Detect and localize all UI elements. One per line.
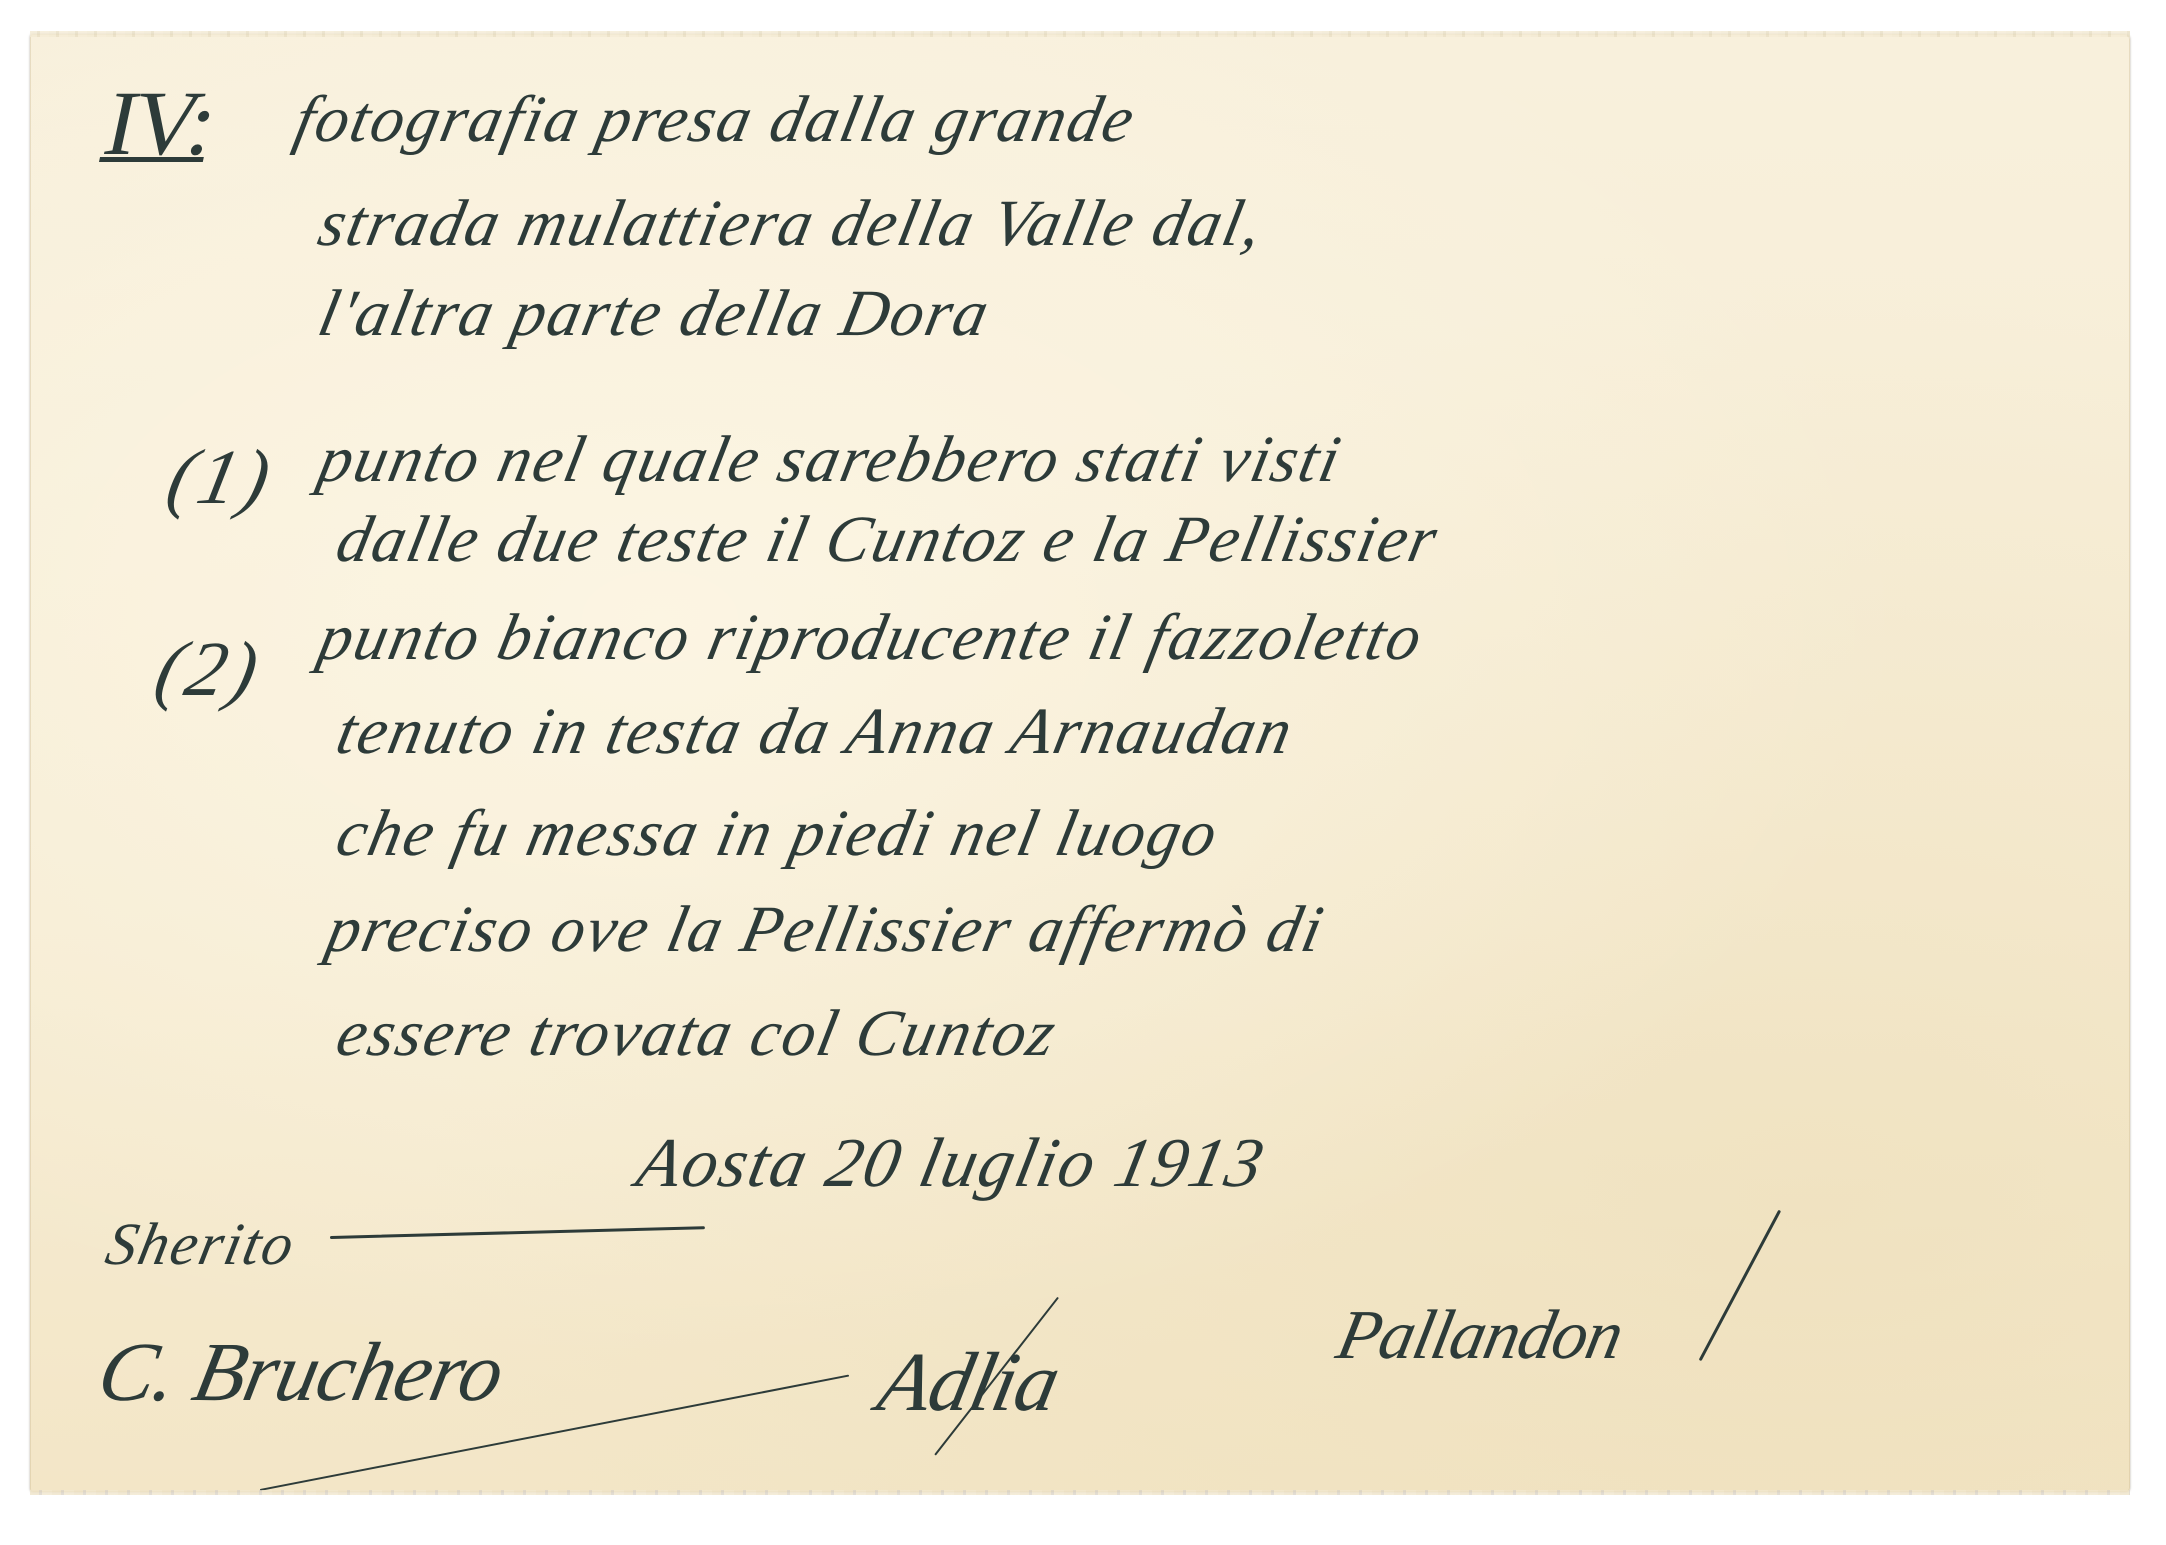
signature-3: Pallandon [1330,1296,1630,1376]
signature-1: C. Bruchero [90,1324,512,1421]
place-date: Aosta 20 luglio 1913 [630,1124,1272,1204]
note-1-line-1: punto nel quale sarebbero stati visti [312,422,1349,498]
note-1-line-2-text: dalle due teste il Cuntoz e la Pellissie… [330,503,1445,576]
note-2-line-3: che fu messa in piedi nel luogo [330,796,1226,872]
note-2-line-1: punto bianco riproducente il fazzoletto [312,600,1430,676]
handwritten-note-paper: IV: fotografia presa dalla grande strada… [30,34,2130,1492]
endorsement-text: Sherito [100,1210,302,1279]
signature-3-flourish [1699,1210,1781,1362]
note-2-line-5: essere trovata col Cuntoz [330,996,1064,1072]
note-1-line-2: dalle due teste il Cuntoz e la Pellissie… [330,502,1446,578]
note-2-line-4: preciso ove la Pellissier affermò di [320,892,1331,968]
endorsement-flourish [330,1226,705,1239]
signature-2: Adlia [870,1334,1068,1431]
main-line-3: l'altra parte della Dora [312,276,997,352]
heading-numeral: IV: [96,70,222,176]
main-line-2: strada mulattiera della Valle dal, [312,186,1271,262]
note-2-line-2: tenuto in testa da Anna Arnaudan [330,694,1301,770]
main-line-1: fotografia presa dalla grande [288,82,1143,158]
note-1-marker: (1) [160,432,282,522]
note-2-marker: (2) [148,624,270,714]
